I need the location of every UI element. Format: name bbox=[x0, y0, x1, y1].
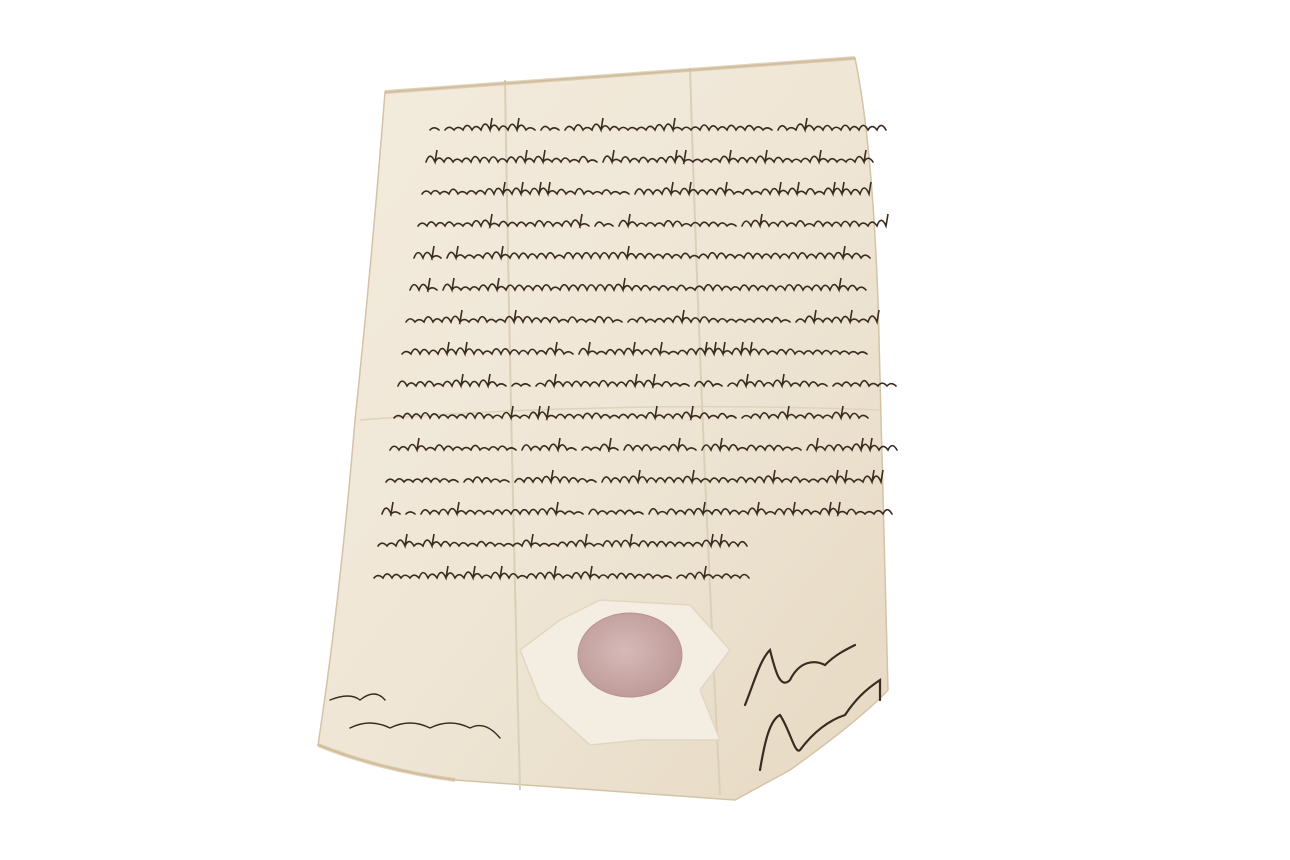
letter-illustration bbox=[0, 0, 1290, 860]
document-photo bbox=[0, 0, 1290, 860]
wax-seal bbox=[578, 613, 682, 697]
